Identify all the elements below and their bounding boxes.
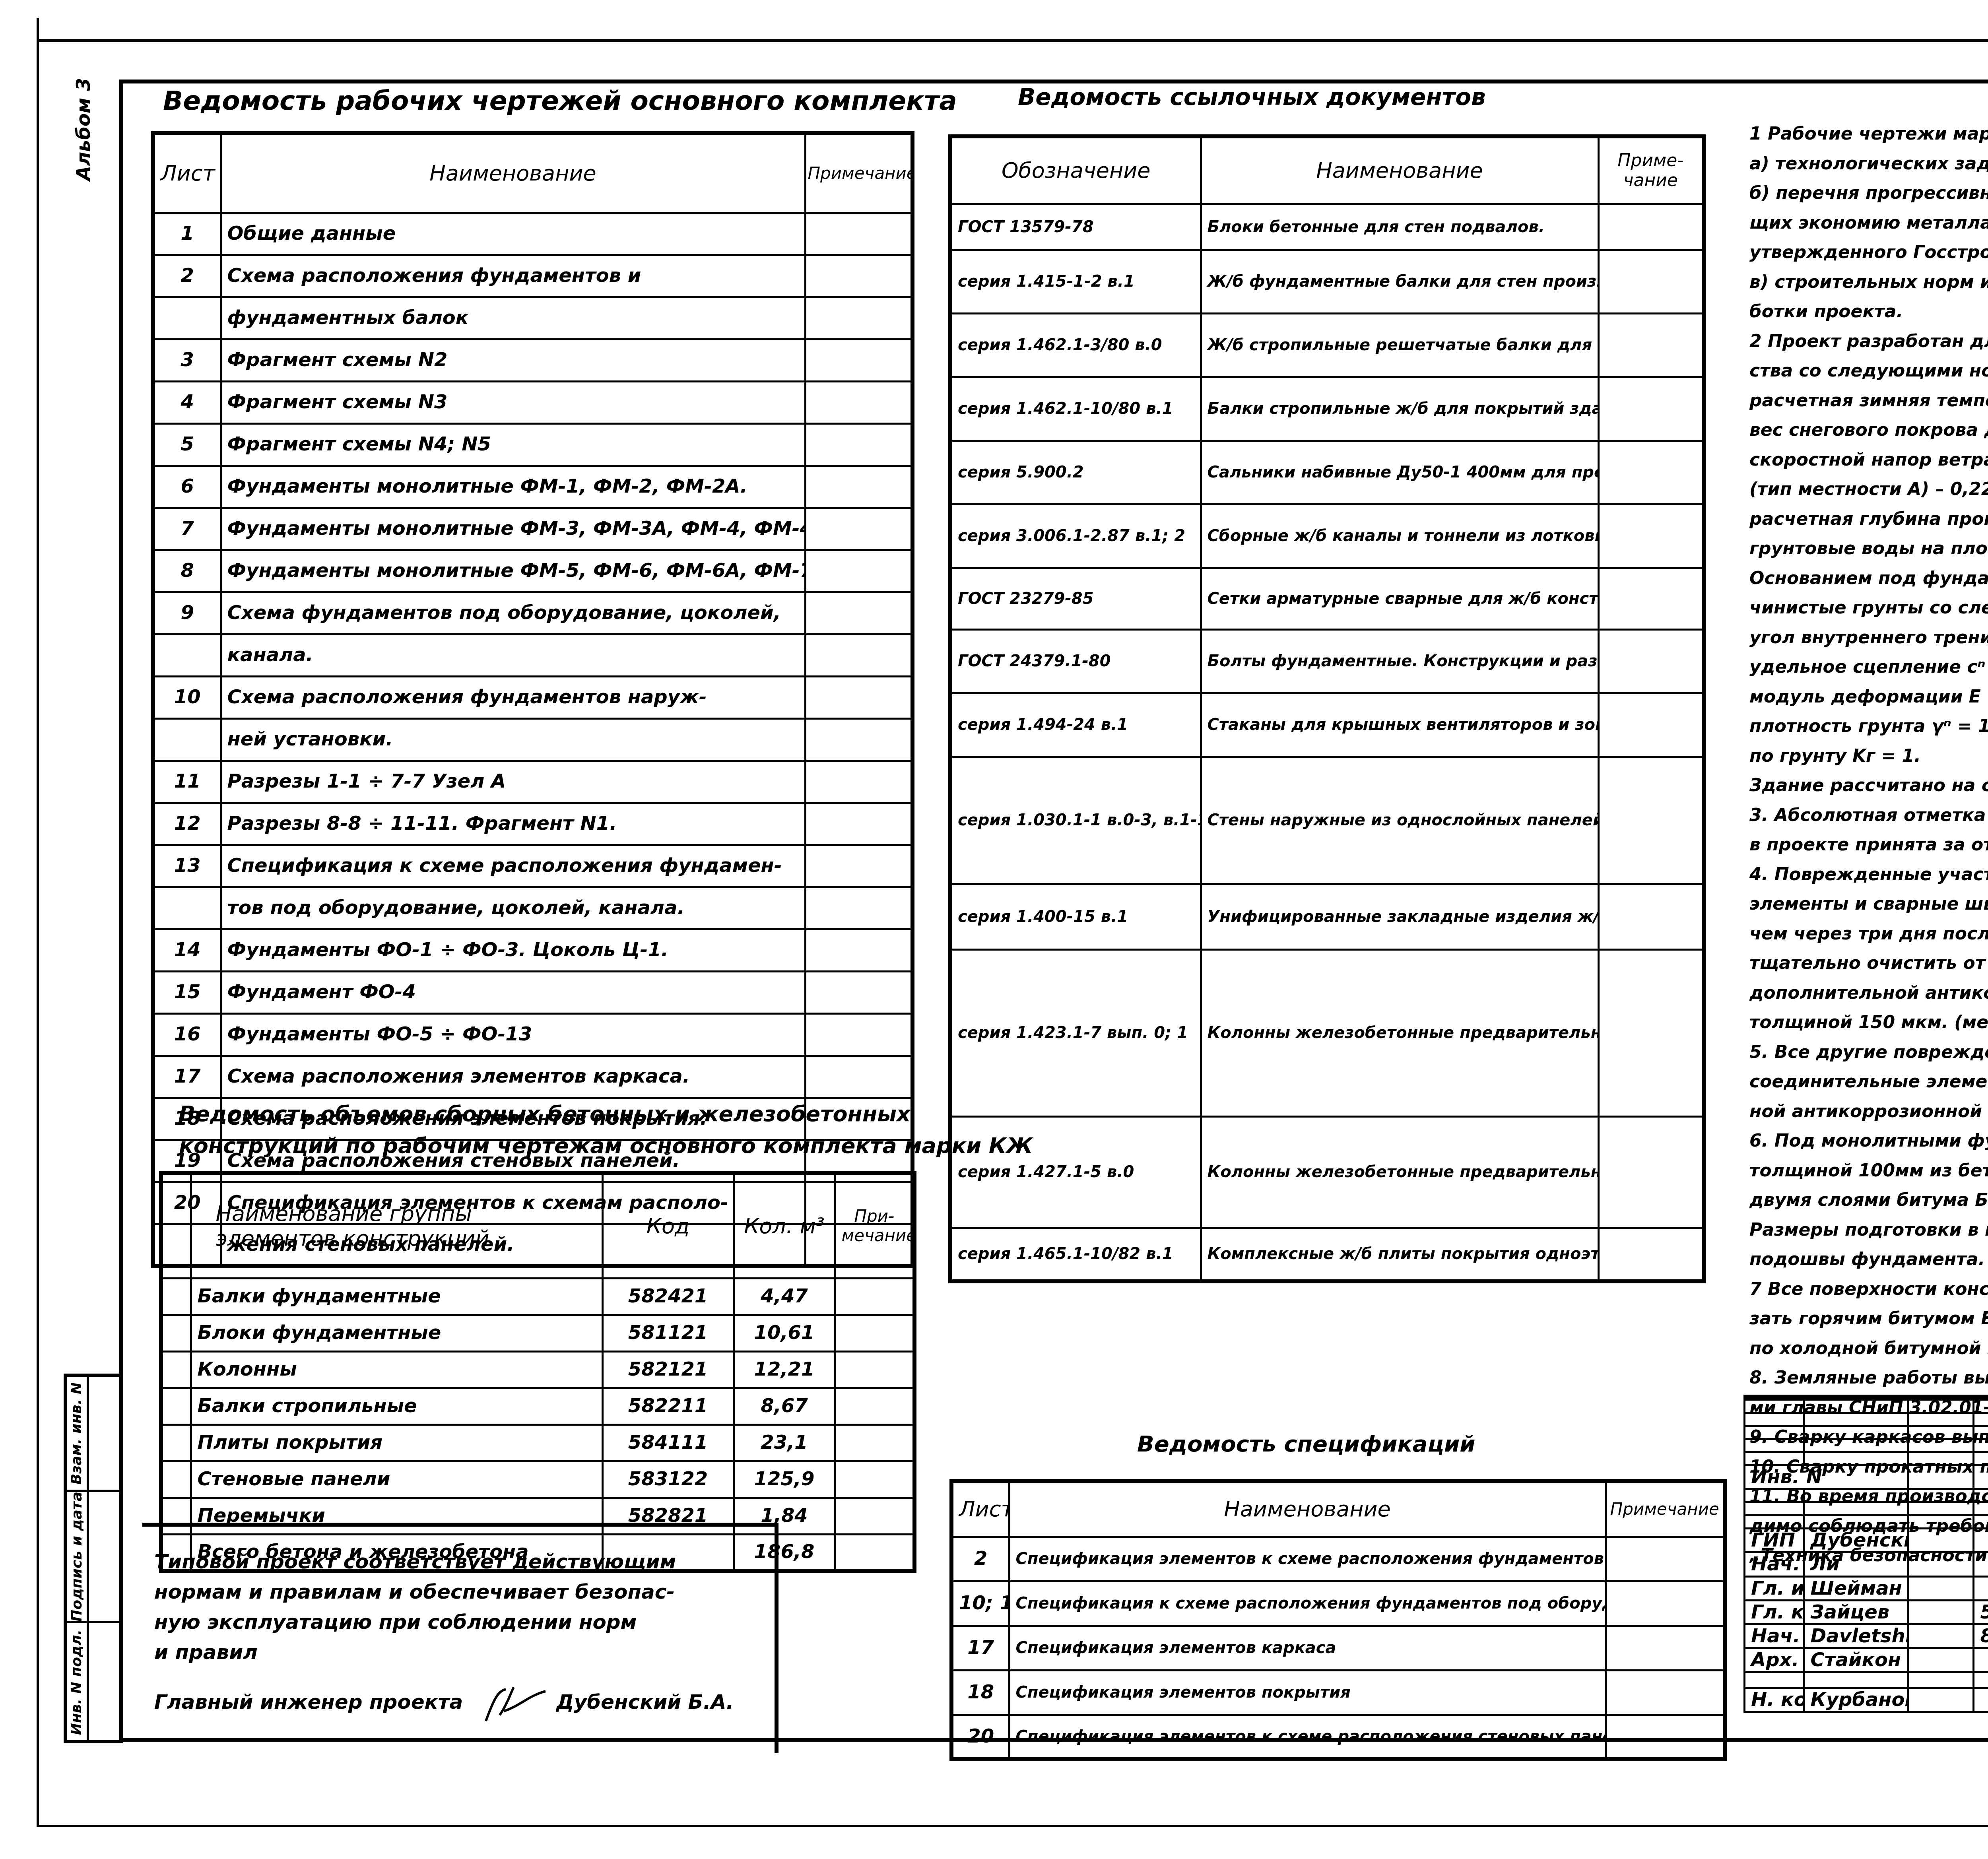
references-table: Обозначение Наименование Приме-чание ГОС… xyxy=(948,134,1706,1283)
note-line: модуль деформации E = 14,7 МПа (150 кгс/… xyxy=(1749,682,1988,712)
strip-label-sign: Подпись и дата xyxy=(67,1492,87,1623)
col-group-name: Наименование группы элементов конструкци… xyxy=(191,1173,602,1278)
note-line: толщиной 100мм из бетона класса В3,5. Ве… xyxy=(1749,1156,1988,1186)
reference-code: ГОСТ 13579-78 xyxy=(950,204,1201,250)
sheet-number: 12 xyxy=(153,803,221,845)
signature-row: Арх.Стайкон xyxy=(1745,1648,1988,1672)
table-row: 14Фундаменты ФО-1 ÷ ФО-3. Цоколь Ц-1. xyxy=(153,929,912,971)
group-qty: 10,61 xyxy=(734,1315,835,1351)
sheet-name: канала. xyxy=(221,634,805,676)
sheet-note xyxy=(805,255,912,297)
reference-name: Унифицированные закладные изделия ж/б ко… xyxy=(1201,884,1598,949)
spec-note xyxy=(1606,1715,1725,1759)
reference-note xyxy=(1598,757,1704,884)
sheet-note xyxy=(805,761,912,803)
note-line: 6. Под монолитными фундаментами выполнит… xyxy=(1749,1126,1988,1156)
table-row: серия 1.465.1-10/82 в.1Комплексные ж/б п… xyxy=(950,1228,1704,1281)
signature-name: Стайкон xyxy=(1804,1648,1908,1672)
sheet-name: тов под оборудование, цоколей, канала. xyxy=(221,887,805,929)
group-note xyxy=(835,1388,914,1424)
sheet-name: ней установки. xyxy=(221,718,805,761)
spec-note xyxy=(1606,1670,1725,1715)
group-name: Балки фундаментные xyxy=(191,1278,602,1315)
drawings-list-table: Лист Наименование Примечание 1Общие данн… xyxy=(151,131,914,1268)
group-note xyxy=(835,1534,914,1571)
spec-note xyxy=(1606,1581,1725,1626)
signature-name: Шейман xyxy=(1804,1576,1908,1600)
group-note xyxy=(835,1351,914,1388)
sheet-note xyxy=(805,1013,912,1056)
group-name: Блоки фундаментные xyxy=(191,1315,602,1351)
specifications-table: Лист Наименование Примечание 2Спецификац… xyxy=(949,1479,1727,1761)
group-code: 581121 xyxy=(602,1315,734,1351)
note-line: ботки проекта. xyxy=(1749,297,1988,327)
signature-date xyxy=(1974,1529,1988,1552)
table-row: 11Разрезы 1-1 ÷ 7-7 Узел А xyxy=(153,761,912,803)
sheet-number: 1 xyxy=(153,213,221,255)
reference-code: серия 1.462.1-3/80 в.0 xyxy=(950,313,1201,377)
signature-date xyxy=(1974,1672,1988,1688)
note-line: скоростной напор ветра для I географичес… xyxy=(1749,445,1988,475)
volumes-title-1: Ведомость объемов сборных бетонных и жел… xyxy=(179,1101,911,1126)
signature-date: 89. xyxy=(1974,1624,1988,1648)
reference-name: Сборные ж/б каналы и тоннели из лотковых… xyxy=(1201,504,1598,568)
reference-note xyxy=(1598,204,1704,250)
sheet-note xyxy=(805,887,912,929)
note-line: а) технологических заданий смежных отдел… xyxy=(1749,149,1988,179)
sheet-number: 16 xyxy=(153,1013,221,1056)
table-row: 12Разрезы 8-8 ÷ 11-11. Фрагмент N1. xyxy=(153,803,912,845)
reference-name: Болты фундаментные. Конструкции и размер… xyxy=(1201,629,1598,693)
spec-name: Спецификация к схеме расположения фундам… xyxy=(1009,1581,1606,1626)
sheet-name: Схема расположения фундаментов и xyxy=(221,255,805,297)
table-row: 18Спецификация элементов покрытия xyxy=(951,1670,1725,1715)
note-line: 7 Все поверхности конструкций, соприкаса… xyxy=(1749,1275,1988,1304)
table-row: фундаментных балок xyxy=(153,297,912,339)
sheet-note xyxy=(805,550,912,592)
sheet-number xyxy=(153,887,221,929)
group-qty: 4,47 xyxy=(734,1278,835,1315)
sheet-name: Фундаменты ФО-5 ÷ ФО-13 xyxy=(221,1013,805,1056)
col-note: Приме-чание xyxy=(1598,136,1704,204)
note-line: удельное сцепление cⁿ = 2 кПа (0,02 кгс/… xyxy=(1749,652,1988,682)
sheet-name: Схема фундаментов под оборудование, цоко… xyxy=(221,592,805,634)
signature-name: Ли xyxy=(1804,1552,1908,1576)
group-name: Колонны xyxy=(191,1351,602,1388)
row-marker xyxy=(161,1351,191,1388)
note-line: дополнительной антикоррозионной защите с… xyxy=(1749,978,1988,1008)
signature-mark xyxy=(1908,1576,1973,1600)
group-name: Стеновые панели xyxy=(191,1461,602,1498)
sheet-name: Фундаменты ФО-1 ÷ ФО-3. Цоколь Ц-1. xyxy=(221,929,805,971)
reference-name: Ж/б фундаментные балки для стен производ… xyxy=(1201,250,1598,313)
note-line: грунтовые воды на площадке отсутствуют. xyxy=(1749,534,1988,564)
sheet-note xyxy=(805,466,912,508)
reference-note xyxy=(1598,568,1704,629)
table-row: серия 1.427.1-5 в.0Колонны железобетонны… xyxy=(950,1116,1704,1228)
reference-note xyxy=(1598,949,1704,1116)
note-line: утвержденного Госстроем СССР 25 января 1… xyxy=(1749,238,1988,268)
sheet-number: 14 xyxy=(153,929,221,971)
row-marker xyxy=(161,1388,191,1424)
col-sheet: Лист xyxy=(951,1481,1009,1537)
note-line: 8. Земляные работы выполнять в соответст… xyxy=(1749,1363,1988,1393)
group-qty: 23,1 xyxy=(734,1424,835,1461)
signature-role: Нач. отд. xyxy=(1745,1552,1804,1576)
note-line: (тип местности А) – 0,225 кПа (23 кгс/м²… xyxy=(1749,475,1988,505)
note-line: 5. Все другие поврежденные участки закла… xyxy=(1749,1038,1988,1067)
sheet-name: Фундаменты монолитные ФМ-3, ФМ-3А, ФМ-4,… xyxy=(221,508,805,550)
reference-name: Колонны железобетонные предварительно на… xyxy=(1201,1116,1598,1228)
table-row: серия 1.423.1-7 вып. 0; 1Колонны железоб… xyxy=(950,949,1704,1116)
group-note xyxy=(835,1315,914,1351)
reference-code: серия 1.465.1-10/82 в.1 xyxy=(950,1228,1201,1281)
inv-label: Инв. N xyxy=(1745,1465,1908,1489)
reference-name: Сальники набивные Ду50-1 400мм для пропу… xyxy=(1201,440,1598,504)
reference-name: Ж/б стропильные решетчатые балки для пок… xyxy=(1201,313,1598,377)
note-line: зать горячим битумом БН 70/30 (ГОСТ 6617… xyxy=(1749,1304,1988,1334)
reference-note xyxy=(1598,693,1704,757)
reference-code: серия 1.494-24 в.1 xyxy=(950,693,1201,757)
col-qty: Кол. м³ xyxy=(734,1173,835,1278)
note-line: расчетная зимняя температура наружного в… xyxy=(1749,386,1988,416)
table-row: серия 5.900.2Сальники набивные Ду50-1 40… xyxy=(950,440,1704,504)
sheet-name: Разрезы 1-1 ÷ 7-7 Узел А xyxy=(221,761,805,803)
reference-name: Стаканы для крышных вентиляторов и зонто… xyxy=(1201,693,1598,757)
signature-name: Дубенский xyxy=(1804,1529,1908,1552)
col-sheet: Лист xyxy=(153,133,221,213)
reference-code: серия 1.462.1-10/80 в.1 xyxy=(950,377,1201,440)
table-row: серия 1.415-1-2 в.1Ж/б фундаментные балк… xyxy=(950,250,1704,313)
sheet-note xyxy=(805,339,912,381)
signature-row xyxy=(1745,1672,1988,1688)
note-line: плотность грунта γⁿ = 1,8 т/м³, коэффици… xyxy=(1749,712,1988,741)
sheet-name: Схема расположения фундаментов наруж- xyxy=(221,676,805,718)
spec-name: Спецификация элементов к схеме расположе… xyxy=(1009,1537,1606,1581)
table-row: серия 1.462.1-10/80 в.1Балки стропильные… xyxy=(950,377,1704,440)
table-row: 2Схема расположения фундаментов и xyxy=(153,255,912,297)
table-row: серия 1.400-15 в.1Унифицированные заклад… xyxy=(950,884,1704,949)
col-designation: Обозначение xyxy=(950,136,1201,204)
table-row: Плиты покрытия58411123,1 xyxy=(161,1424,914,1461)
reference-note xyxy=(1598,250,1704,313)
note-line: по грунту Kг = 1. xyxy=(1749,741,1988,771)
signature-mark xyxy=(1908,1624,1973,1648)
sheet-name: Фундамент ФО-4 xyxy=(221,971,805,1013)
sheet-name: Фрагмент схемы N2 xyxy=(221,339,805,381)
outer-frame-top xyxy=(37,39,1988,42)
note-line: соединительные элементы и сварные швы по… xyxy=(1749,1067,1988,1097)
table-row: серия 1.494-24 в.1Стаканы для крышных ве… xyxy=(950,693,1704,757)
strip-label-replace: Взам. инв. N xyxy=(67,1377,87,1492)
signer-role: Главный инженер проекта xyxy=(154,1690,463,1713)
note-line: тщательно очистить от шлаковых образован… xyxy=(1749,949,1988,978)
signature-role: Гл. инж. xyxy=(1745,1576,1804,1600)
table-row: ГОСТ 13579-78Блоки бетонные для стен под… xyxy=(950,204,1704,250)
table-row: Балки стропильные5822118,67 xyxy=(161,1388,914,1424)
volumes-title-2: конструкций по рабочим чертежам основног… xyxy=(179,1133,1033,1158)
note-line: б) перечня прогрессивных проектных решен… xyxy=(1749,179,1988,208)
signature-date xyxy=(1974,1648,1988,1672)
note-line: ной антикоррозионной защите цементно-каз… xyxy=(1749,1097,1988,1127)
signature-mark xyxy=(1908,1688,1973,1712)
sheet-note xyxy=(805,381,912,423)
reference-note xyxy=(1598,377,1704,440)
spec-sheet: 18 xyxy=(951,1670,1009,1715)
sheet-number: 13 xyxy=(153,845,221,887)
table-row: серия 1.030.1-1 в.0-3, в.1-1, в.2-1, в.3… xyxy=(950,757,1704,884)
references-title: Ведомость ссылочных документов xyxy=(1018,83,1486,111)
sheet-number: 2 xyxy=(153,255,221,297)
sheet-note xyxy=(805,297,912,339)
note-line: элементы и сварные швы элементов стен, н… xyxy=(1749,889,1988,919)
sheet-note xyxy=(805,213,912,255)
signature-name: Курбанов xyxy=(1804,1688,1908,1712)
sheet-number: 6 xyxy=(153,466,221,508)
sheet-note xyxy=(805,971,912,1013)
group-code: 582121 xyxy=(602,1351,734,1388)
col-note: Примечание xyxy=(805,133,912,213)
note-line: в проекте принята за относительную отмет… xyxy=(1749,830,1988,860)
table-row: 8Фундаменты монолитные ФМ-5, ФМ-6, ФМ-6А… xyxy=(153,550,912,592)
note-line: в) строительных норм и правил действующи… xyxy=(1749,268,1988,297)
reference-name: Сетки арматурные сварные для ж/б констру… xyxy=(1201,568,1598,629)
sheet-note xyxy=(805,676,912,718)
table-row: серия 3.006.1-2.87 в.1; 2Сборные ж/б кан… xyxy=(950,504,1704,568)
sheet-note xyxy=(805,803,912,845)
group-code: 582421 xyxy=(602,1278,734,1315)
spec-sheet: 10; 13 xyxy=(951,1581,1009,1626)
col-note: Примечание xyxy=(1606,1481,1725,1537)
group-note xyxy=(835,1278,914,1315)
sheet-note xyxy=(805,718,912,761)
signature-mark xyxy=(1908,1552,1973,1576)
sheet-number: 7 xyxy=(153,508,221,550)
signature-row: Гл. констр.Зайцев5/IX xyxy=(1745,1600,1988,1624)
table-row: канала. xyxy=(153,634,912,676)
sheet-number: 11 xyxy=(153,761,221,803)
signature-mark xyxy=(1908,1672,1973,1688)
signature-role: Арх. xyxy=(1745,1648,1804,1672)
note-line: Размеры подготовки в плане принять на 10… xyxy=(1749,1215,1988,1245)
signature-role: Нач. гр. xyxy=(1745,1624,1804,1648)
sheet-note xyxy=(805,845,912,887)
sheet-number: 4 xyxy=(153,381,221,423)
group-name: Плиты покрытия xyxy=(191,1424,602,1461)
reference-code: серия 1.427.1-5 в.0 xyxy=(950,1116,1201,1228)
sheet-note xyxy=(805,423,912,466)
col-name: Наименование xyxy=(1009,1481,1606,1537)
reference-code: серия 1.030.1-1 в.0-3, в.1-1, в.2-1, в.3… xyxy=(950,757,1201,884)
reference-note xyxy=(1598,440,1704,504)
table-row: 13Спецификация к схеме расположения фунд… xyxy=(153,845,912,887)
reference-code: серия 1.415-1-2 в.1 xyxy=(950,250,1201,313)
revision-grid: Инв. N ГИПДубенскийНач. отд.ЛиГл. инж.Ше… xyxy=(1743,1399,1988,1713)
reference-note xyxy=(1598,504,1704,568)
signature-role: Гл. констр. xyxy=(1745,1600,1804,1624)
table-row: серия 1.462.1-3/80 в.0Ж/б стропильные ре… xyxy=(950,313,1704,377)
general-notes: 1 Рабочие чертежи марки КЖ разработаны н… xyxy=(1749,119,1988,1571)
signature-date: 5/IX xyxy=(1974,1600,1988,1624)
col-name: Наименование xyxy=(1201,136,1598,204)
table-row: 16Фундаменты ФО-5 ÷ ФО-13 xyxy=(153,1013,912,1056)
sheet-number: 17 xyxy=(153,1056,221,1098)
note-line: расчетная глубина промерзания – 1,5 м xyxy=(1749,505,1988,534)
reference-code: ГОСТ 24379.1-80 xyxy=(950,629,1201,693)
sheet-number: 15 xyxy=(153,971,221,1013)
table-row: 20Спецификация элементов к схеме располо… xyxy=(951,1715,1725,1759)
row-marker xyxy=(161,1278,191,1315)
note-line: 1 Рабочие чертежи марки КЖ разработаны н… xyxy=(1749,119,1988,149)
sheet-number xyxy=(153,718,221,761)
reference-code: серия 3.006.1-2.87 в.1; 2 xyxy=(950,504,1201,568)
spec-sheet: 20 xyxy=(951,1715,1009,1759)
reference-code: серия 1.400-15 в.1 xyxy=(950,884,1201,949)
table-row: 17Схема расположения элементов каркаса. xyxy=(153,1056,912,1098)
signature-row: ГИПДубенский xyxy=(1745,1529,1988,1552)
signature-row: Гл. инж.Шейман xyxy=(1745,1576,1988,1600)
table-row: 10Схема расположения фундаментов наруж- xyxy=(153,676,912,718)
table-row: 1Общие данные xyxy=(153,213,912,255)
group-qty: 12,21 xyxy=(734,1351,835,1388)
sheet-name: Схема расположения элементов каркаса. xyxy=(221,1056,805,1098)
table-row: 10; 13Спецификация к схеме расположения … xyxy=(951,1581,1725,1626)
sheet-name: Фрагмент схемы N3 xyxy=(221,381,805,423)
note-line: ства со следующими нормативными значения… xyxy=(1749,356,1988,386)
approval-strip: Взам. инв. N Подпись и дата Инв. N подл. xyxy=(64,1374,123,1743)
spec-note xyxy=(1606,1537,1725,1581)
sheet-number: 9 xyxy=(153,592,221,634)
table-row: 4Фрагмент схемы N3 xyxy=(153,381,912,423)
spec-name: Спецификация элементов покрытия xyxy=(1009,1670,1606,1715)
sheet-note xyxy=(805,634,912,676)
group-note xyxy=(835,1498,914,1534)
reference-name: Колонны железобетонные предварительно на… xyxy=(1201,949,1598,1116)
signature-row: Нач. отд.Ли xyxy=(1745,1552,1988,1576)
note-line: щих экономию металла, цемента и лесомате… xyxy=(1749,208,1988,238)
reference-note xyxy=(1598,313,1704,377)
group-qty: 125,9 xyxy=(734,1461,835,1498)
reference-name: Комплексные ж/б плиты покрытия одноэтажн… xyxy=(1201,1228,1598,1281)
col-code: Код xyxy=(602,1173,734,1278)
signature-date xyxy=(1974,1552,1988,1576)
signature-row: Н. контр.Курбанов xyxy=(1745,1688,1988,1712)
sheet-name: Спецификация к схеме расположения фундам… xyxy=(221,845,805,887)
group-code: 583122 xyxy=(602,1461,734,1498)
note-line: 4. Поврежденные участки закладных детале… xyxy=(1749,860,1988,890)
note-line: угол внутреннего трения φⁿ = 0,49 рад (2… xyxy=(1749,623,1988,653)
row-marker xyxy=(161,1461,191,1498)
signature-role xyxy=(1745,1672,1804,1688)
table-row: 5Фрагмент схемы N4; N5 xyxy=(153,423,912,466)
signature-mark xyxy=(1908,1529,1973,1552)
col-note: При-мечание xyxy=(835,1173,914,1278)
note-line: 3. Абсолютная отметка чистого пола 1 эта… xyxy=(1749,801,1988,831)
sheet-note xyxy=(805,929,912,971)
table-row: Блоки фундаментные58112110,61 xyxy=(161,1315,914,1351)
note-line: двумя слоями битума БН 70/30 по холодной… xyxy=(1749,1186,1988,1215)
spec-note xyxy=(1606,1626,1725,1670)
table-row: ГОСТ 24379.1-80Болты фундаментные. Конст… xyxy=(950,629,1704,693)
table-row: 2Спецификация элементов к схеме располож… xyxy=(951,1537,1725,1581)
group-qty: 8,67 xyxy=(734,1388,835,1424)
signature-date xyxy=(1974,1576,1988,1600)
sheet-number: 10 xyxy=(153,676,221,718)
sheet-name: Фундаменты монолитные ФМ-5, ФМ-6, ФМ-6А,… xyxy=(221,550,805,592)
group-code: 584111 xyxy=(602,1424,734,1461)
sheet-number xyxy=(153,297,221,339)
note-line: подошвы фундамента. xyxy=(1749,1245,1988,1275)
spec-sheet: 17 xyxy=(951,1626,1009,1670)
sheet-number: 3 xyxy=(153,339,221,381)
note-line: чинистые грунты со следующими нормативны… xyxy=(1749,593,1988,623)
table-row: ГОСТ 23279-85Сетки арматурные сварные дл… xyxy=(950,568,1704,629)
signature-role: ГИП xyxy=(1745,1529,1804,1552)
signature-mark xyxy=(1908,1648,1973,1672)
sheet-number: 8 xyxy=(153,550,221,592)
sheet-note xyxy=(805,1056,912,1098)
signature-name xyxy=(1804,1672,1908,1688)
reference-note xyxy=(1598,1228,1704,1281)
reference-code: серия 1.423.1-7 вып. 0; 1 xyxy=(950,949,1201,1116)
table-row: 3Фрагмент схемы N2 xyxy=(153,339,912,381)
sheet-name: Общие данные xyxy=(221,213,805,255)
note-line: Здание рассчитано на строительство с сей… xyxy=(1749,771,1988,801)
signature-name: Davletshin xyxy=(1804,1624,1908,1648)
reference-name: Блоки бетонные для стен подвалов. xyxy=(1201,204,1598,250)
drawings-list-title: Ведомость рабочих чертежей основного ком… xyxy=(163,85,957,116)
specifications-title: Ведомость спецификаций xyxy=(1137,1431,1475,1457)
table-row: 7Фундаменты монолитные ФМ-3, ФМ-3А, ФМ-4… xyxy=(153,508,912,550)
spec-name: Спецификация элементов каркаса xyxy=(1009,1626,1606,1670)
sheet-name: фундаментных балок xyxy=(221,297,805,339)
col-name: Наименование xyxy=(221,133,805,213)
sheet-number: 5 xyxy=(153,423,221,466)
signer-name: Дубенский Б.А. xyxy=(556,1690,734,1713)
sheet-note xyxy=(805,592,912,634)
sheet-name: Фундаменты монолитные ФМ-1, ФМ-2, ФМ-2А. xyxy=(221,466,805,508)
reference-name: Балки стропильные ж/б для покрытий здани… xyxy=(1201,377,1598,440)
approval-statement: Типовой проект соответствует действующим… xyxy=(142,1523,779,1753)
group-note xyxy=(835,1424,914,1461)
note-line: вес снегового покрова для III климатичес… xyxy=(1749,415,1988,445)
sheet-note xyxy=(805,508,912,550)
sheet-name: Разрезы 8-8 ÷ 11-11. Фрагмент N1. xyxy=(221,803,805,845)
table-row: тов под оборудование, цоколей, канала. xyxy=(153,887,912,929)
note-line: Основанием под фундаменты служат сухие н… xyxy=(1749,564,1988,594)
group-name: Балки стропильные xyxy=(191,1388,602,1424)
sheet-name: Фрагмент схемы N4; N5 xyxy=(221,423,805,466)
signature-icon xyxy=(470,1683,549,1723)
note-line: по холодной битумной грунтовке. xyxy=(1749,1334,1988,1364)
signature-role: Н. контр. xyxy=(1745,1688,1804,1712)
spec-name: Спецификация элементов к схеме расположе… xyxy=(1009,1715,1606,1759)
table-row: Колонны58212112,21 xyxy=(161,1351,914,1388)
signature-name: Зайцев xyxy=(1804,1600,1908,1624)
table-row: 9Схема фундаментов под оборудование, цок… xyxy=(153,592,912,634)
table-row: ней установки. xyxy=(153,718,912,761)
table-row: 17Спецификация элементов каркаса xyxy=(951,1626,1725,1670)
reference-note xyxy=(1598,884,1704,949)
note-line: чем через три дня после выполнения сваро… xyxy=(1749,919,1988,949)
table-row: Балки фундаментные5824214,47 xyxy=(161,1278,914,1315)
reference-note xyxy=(1598,1116,1704,1228)
group-code: 582211 xyxy=(602,1388,734,1424)
reference-name: Стены наружные из однослойных панелей дл… xyxy=(1201,757,1598,884)
table-row: 15Фундамент ФО-4 xyxy=(153,971,912,1013)
reference-code: ГОСТ 23279-85 xyxy=(950,568,1201,629)
group-note xyxy=(835,1461,914,1498)
